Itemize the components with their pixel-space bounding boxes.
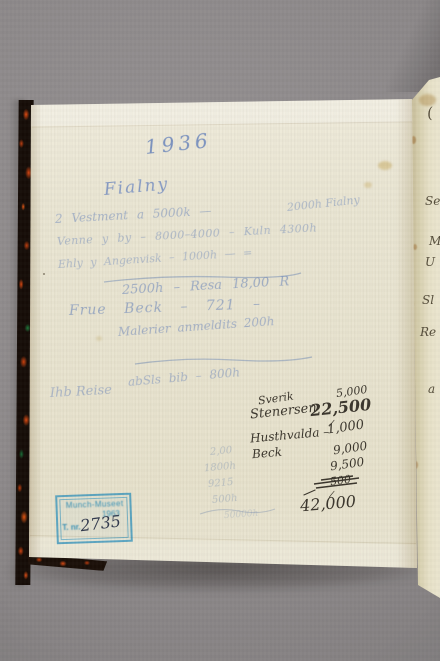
total-amount: 42,000 xyxy=(299,492,356,516)
handwritten-line: Frue Beck – 721 – xyxy=(69,296,262,319)
handwriting-fragment: ( xyxy=(426,104,434,123)
foxing-stain xyxy=(364,182,372,188)
handwritten-line: abSls bib – 800h xyxy=(127,365,240,389)
stamp-number-prefix: T. nr. xyxy=(62,522,81,532)
handwritten-line: Malerier anmeldits 200h xyxy=(118,314,275,339)
museum-stamp: Munch-Museet 1963 T. nr. 2735 xyxy=(55,493,133,545)
year-heading: 1936 xyxy=(144,128,213,159)
handwritten-line: Ehly y Angenvisk – 1000h — = xyxy=(58,246,253,271)
pencil-number: 9215 xyxy=(208,477,234,490)
foxing-stain xyxy=(96,336,102,341)
handwriting-fragment: Se xyxy=(425,194,440,208)
background-shadow xyxy=(386,0,440,92)
pencil-number: 2,00 xyxy=(210,445,233,458)
section-title: Fialny xyxy=(103,174,170,200)
gutter-shadow-left xyxy=(29,98,42,570)
handwritten-line: 2 Vestment a 5000k — xyxy=(55,204,212,226)
foxing-stain xyxy=(378,161,392,170)
handwriting-fragment: U xyxy=(425,255,435,269)
strikethrough-scribble xyxy=(313,474,361,490)
handwriting-fragment: Re xyxy=(420,325,436,339)
underline-stroke xyxy=(134,354,314,366)
handwritten-line: 2000h Fialny xyxy=(286,193,360,214)
handwritten-line: Ihb Reise xyxy=(50,383,113,401)
pencil-number: 500h xyxy=(212,493,238,506)
handwriting-fragment: a xyxy=(428,382,435,396)
account-name: Beck xyxy=(251,445,282,462)
subtotal-amount: 9,500 xyxy=(329,455,365,474)
pencil-number: 50000h xyxy=(224,509,259,521)
account-amount: 22,500 xyxy=(309,395,372,420)
ink-speck xyxy=(43,273,45,275)
handwriting-fragment: M xyxy=(429,234,440,248)
photo-background: ( Se M U Sl Re a 1936 Fialny 2 Vestment … xyxy=(0,0,440,661)
pencil-number: 1800h xyxy=(204,461,237,475)
account-name: Husthvalda – xyxy=(250,425,330,446)
handwriting-fragment: Sl xyxy=(422,293,434,307)
handwritten-line: Venne y by – 8000–4000 – Kuln 4300h xyxy=(57,221,318,248)
